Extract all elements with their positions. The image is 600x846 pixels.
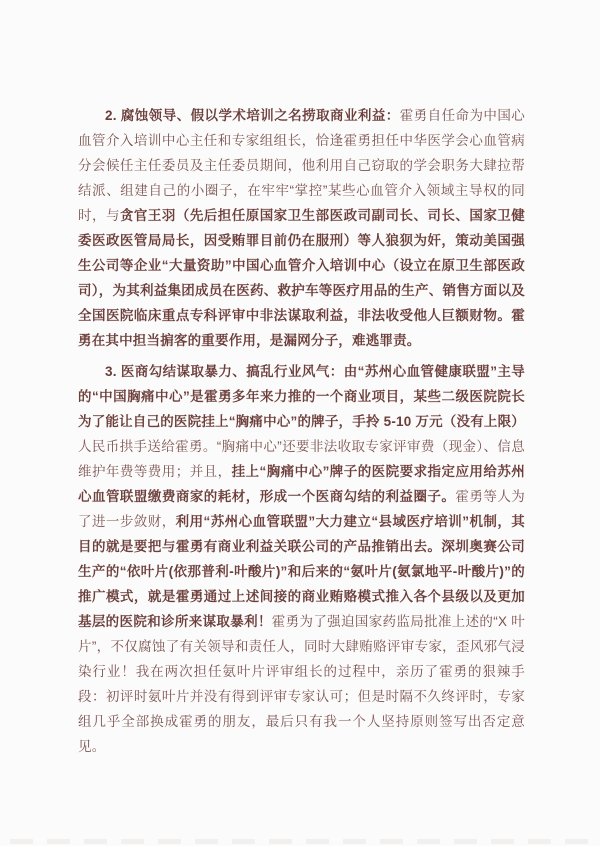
paragraph-corruption-of-leaders: 2. 腐蚀领导、假以学术培训之名捞取商业利益：霍勇自任命为中国心血管介入培训中心… [78, 103, 525, 353]
text-run: 霍勇自任命为中国心血管介入培训中心主任和专家组组长，恰逢霍勇担任中华医学会心血管… [78, 108, 525, 223]
paragraph-2-heading: 2. 腐蚀领导、假以学术培训之名捞取商业利益： [105, 108, 400, 123]
paragraph-medical-business-collusion: 3. 医商勾结谋取暴力、搞乱行业风气：由“苏州心血管健康联盟”主导的“中国胸痛中… [78, 359, 525, 759]
cut-off-text-row [10, 839, 590, 844]
text-run: 霍勇为了强迫国家药监局批准上述的“X 叶片”，不仅腐蚀了有关领导和责任人，同时大… [78, 614, 525, 754]
document-page: 2. 腐蚀领导、假以学术培训之名捞取商业利益：霍勇自任命为中国心血管介入培训中心… [0, 0, 600, 846]
paragraph-3-heading: 3. 医商勾结谋取暴力、搞乱行业风气： [105, 364, 344, 379]
text-run: 利用“苏州心血管联盟”大力建立“县域医疗培训”机制，其目的就是要把与霍勇有商业利… [78, 514, 525, 629]
text-run: 贪官王羽（先后担任原国家卫生部医政司副司长、司长、国家卫健委医政医管局局长，因受… [78, 208, 525, 348]
text-block: 2. 腐蚀领导、假以学术培训之名捞取商业利益：霍勇自任命为中国心血管介入培训中心… [78, 103, 525, 759]
